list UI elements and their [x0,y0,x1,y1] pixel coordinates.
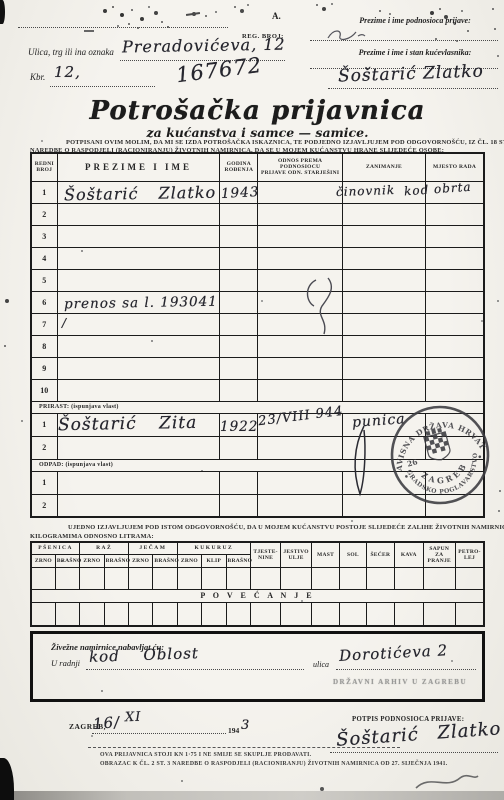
scan-edge-blob [0,0,5,24]
cell-empty [55,567,79,589]
supplies-group-raz: RAŽ [80,542,129,554]
cell-empty [250,602,280,626]
purchase-box: Živežne namirnice nabavljat ću: U radnji… [30,631,485,702]
cell-empty [342,225,425,247]
fineprint-rule [88,747,400,748]
col-header-odnos: ODNOS PREMA PODNOSIOCU PRIJAVE ODN. STAR… [258,153,342,181]
supplies-col-mast: MAST [311,542,339,567]
cell-empty [456,602,484,626]
cell-empty [250,567,280,589]
cell-empty [311,567,339,589]
supplies-sub-zrno: ZRNO [129,554,153,567]
householder-handwritten: Šoštarić Zlatko [338,61,484,86]
stock-declaration-line-2: KILOGRAMIMA ODNOSNO LITRAMA: [30,533,154,540]
cell-empty [258,379,342,401]
archive-stamp-text: DRŽAVNI ARHIV U ZAGREBU [333,678,467,686]
fineprint-price: OVA PRIJAVNICA STOJI KN 1·75 I NE SMIJE … [100,752,311,758]
cell-empty [340,567,366,589]
supplies-col-secer: ŠEĆER [366,542,394,567]
cell-empty [426,335,484,357]
cell-empty [57,269,220,291]
cell-empty [342,335,425,357]
cell-empty [423,602,456,626]
col-header-mjesto-rada: MJESTO RADA [426,153,484,181]
date-day-handwritten: 16/ [92,713,121,733]
shop-street-handwritten: Dorotićeva 2 [339,641,449,665]
pencil-scribble [298,276,348,338]
section-letter: A. [272,11,281,21]
cell-empty [423,567,456,589]
row-number: 5 [31,269,57,291]
dotted-line [86,669,304,670]
row-number: 6 [31,291,57,313]
col-header-prezime-ime: PREZIME I IME [57,153,220,181]
supplies-table: PŠENICA RAŽ JEČAM KUKURUZ TJESTE- NINE J… [30,541,485,627]
shop-street-label: ulica [313,660,329,669]
supplies-group-jecam: JEČAM [129,542,178,554]
stock-declaration-line-1: UJEDNO IZJAVLJUJEM POD ISTOM ODGOVORNOŠĆ… [68,524,504,531]
row-number: 1 [31,413,57,436]
dotted-line [328,88,498,89]
cell-empty [366,567,394,589]
supplies-col-sol: SOL [340,542,366,567]
cell-empty [57,225,220,247]
row-number: 8 [31,335,57,357]
cell-empty [57,203,220,225]
fineprint-regulation: OBRAZAC K ČL. 2 ST. 3 NAREDBE O RASPODJE… [100,761,448,767]
date-year-handwritten: 3 [241,718,250,733]
cell-empty [220,471,258,494]
applicant-label: Prezime i ime podnosioca prijave: [332,16,498,25]
cell-empty [31,602,55,626]
row-number: 1 [31,471,57,494]
cell-empty [57,471,220,494]
cell-empty [395,602,423,626]
cell-empty [220,203,258,225]
cell-empty [342,291,425,313]
shop-handwritten: kod Oblost [89,644,200,666]
cell-empty [220,494,258,517]
cell-empty [220,335,258,357]
cell-empty [104,602,128,626]
cell-empty [57,357,220,379]
supplies-col-tjestenine: TJESTE- NINE [250,542,280,567]
supplies-col-petrolej: PETRO- LEJ [456,542,484,567]
cell-empty [342,203,425,225]
cell-empty [31,567,55,589]
increase-row-label: P O V E Ć A N J E [31,589,484,602]
cell-empty [342,357,425,379]
prirast-year-handwritten: 1922 [220,419,258,435]
row1-name-handwritten: Šoštarić Zlatko [64,183,216,205]
ink-flourish [350,424,374,500]
supplies-group-psenica: PŠENICA [31,542,80,554]
row-number: 10 [31,379,57,401]
cell-empty [177,567,201,589]
cell-empty [426,291,484,313]
cell-empty [258,225,342,247]
cell-empty [202,567,226,589]
supplies-col-jestivo-ulje: JESTIVO ULJE [281,542,311,567]
cell-empty [220,291,258,313]
cell-empty [426,313,484,335]
cell-empty [153,602,177,626]
row-number: 2 [31,436,57,459]
cell-empty [258,436,342,459]
cell-empty [57,313,220,335]
scan-dash [186,12,200,16]
cell-empty [342,313,425,335]
row-number: 7 [31,313,57,335]
cell-empty [426,225,484,247]
street-label: Ulica, trg ili ina oznaka [28,47,114,57]
col-header-zanimanje: ZANIMANJE [342,153,425,181]
supplies-sub-brasno: BRAŠNO [55,554,79,567]
cell-empty [258,335,342,357]
scanned-form-page: { "header": { "section_letter": "A.", "r… [0,0,504,800]
cell-empty [281,602,311,626]
row1-year-handwritten: 1943 [221,184,260,202]
row-number: 3 [31,225,57,247]
supplies-sub-klip: KLIP [202,554,226,567]
city-stamp: NEZAVISNA DRŽAVA HRVATSKA GRADSKO POGLAV… [388,403,493,508]
cell-empty [220,313,258,335]
cell-empty [57,494,220,517]
intro-line-1: POTPISANI OVIM MOLIM, DA MI SE IZDA POTR… [66,139,504,146]
cell-empty [129,602,153,626]
cell-empty [258,357,342,379]
house-number-handwritten: 12, [54,63,81,81]
cell-empty [342,379,425,401]
cell-empty [57,247,220,269]
cell-empty [258,471,342,494]
supplies-group-kukuruz: KUKURUZ [177,542,250,554]
cell-empty [220,357,258,379]
cell-empty [426,247,484,269]
cell-empty [220,269,258,291]
scan-bottom-edge [0,791,504,800]
cell-empty [456,567,484,589]
cell-empty [426,269,484,291]
cell-empty [220,225,258,247]
row-number: 4 [31,247,57,269]
cell-empty [220,247,258,269]
cell-empty [226,602,250,626]
dotted-line [18,27,228,28]
supplies-sub-brasno: BRAŠNO [104,554,128,567]
scan-dash [84,30,94,32]
cell-empty [57,335,220,357]
form-title: Potrošačka prijavnica [30,96,485,126]
cell-empty [55,602,79,626]
cell-empty [57,379,220,401]
stamp-number: 26 [406,457,418,468]
scan-corner-blob [0,758,14,800]
row-number: 1 [31,181,57,203]
dotted-line [330,752,498,753]
cell-empty [80,567,104,589]
dotted-line [50,86,155,87]
supplies-sub-zrno: ZRNO [31,554,55,567]
cell-empty [258,247,342,269]
cell-empty [426,379,484,401]
cell-empty [80,602,104,626]
row-number: 2 [31,203,57,225]
col-header-redni-broj: REDNI BROJ [31,153,57,181]
signature-handwritten: Šoštarić Zlatko [335,718,502,750]
cell-empty [153,567,177,589]
cell-empty [177,602,201,626]
cell-empty [395,567,423,589]
cell-empty [281,567,311,589]
row-number: 2 [31,494,57,517]
cell-empty [220,436,258,459]
dotted-line [92,733,226,734]
supplies-col-kava: KAVA [395,542,423,567]
cell-empty [202,602,226,626]
year-printed: 194 [228,726,239,735]
cell-empty [220,379,258,401]
house-number-label: Kbr. [30,72,45,82]
householder-label: Prezime i ime i stan kućevlasnika: [332,48,498,57]
prirast-name-handwritten: Šoštarić Zita [58,413,198,435]
dotted-line [336,669,476,670]
cell-empty [258,494,342,517]
row-number: 9 [31,357,57,379]
supplies-sub-zrno: ZRNO [177,554,201,567]
supplies-col-sapun: SAPUN ZA PRANJE [423,542,456,567]
cell-empty [340,602,366,626]
cell-empty [258,203,342,225]
row1-occupation-handwritten: činovnik [336,183,396,199]
row7-mark-handwritten: / [62,316,67,330]
cell-empty [129,567,153,589]
cell-empty [57,436,220,459]
cell-empty [342,247,425,269]
cell-empty [426,357,484,379]
cell-empty [366,602,394,626]
cell-empty [426,203,484,225]
col-header-godina: GODINA ROĐENJA [220,153,258,181]
reg-number-handwritten: 167672 [175,53,263,87]
supplies-sub-brasno: BRAŠNO [226,554,250,567]
cell-empty [342,269,425,291]
row6-transfer-handwritten: prenos sa l. 193041 [64,294,218,313]
supplies-sub-brasno: BRAŠNO [153,554,177,567]
date-month-handwritten: XI [125,710,142,726]
cell-empty [258,181,342,203]
supplies-sub-zrno: ZRNO [80,554,104,567]
pencil-scribble [326,26,368,42]
cell-empty [311,602,339,626]
cell-empty [226,567,250,589]
cell-empty [104,567,128,589]
shop-label: U radnji [51,658,80,668]
form-subtitle: za kućanstva i samce — samice. [30,125,485,140]
street-handwritten: Preradovićeva, 12 [122,35,286,57]
